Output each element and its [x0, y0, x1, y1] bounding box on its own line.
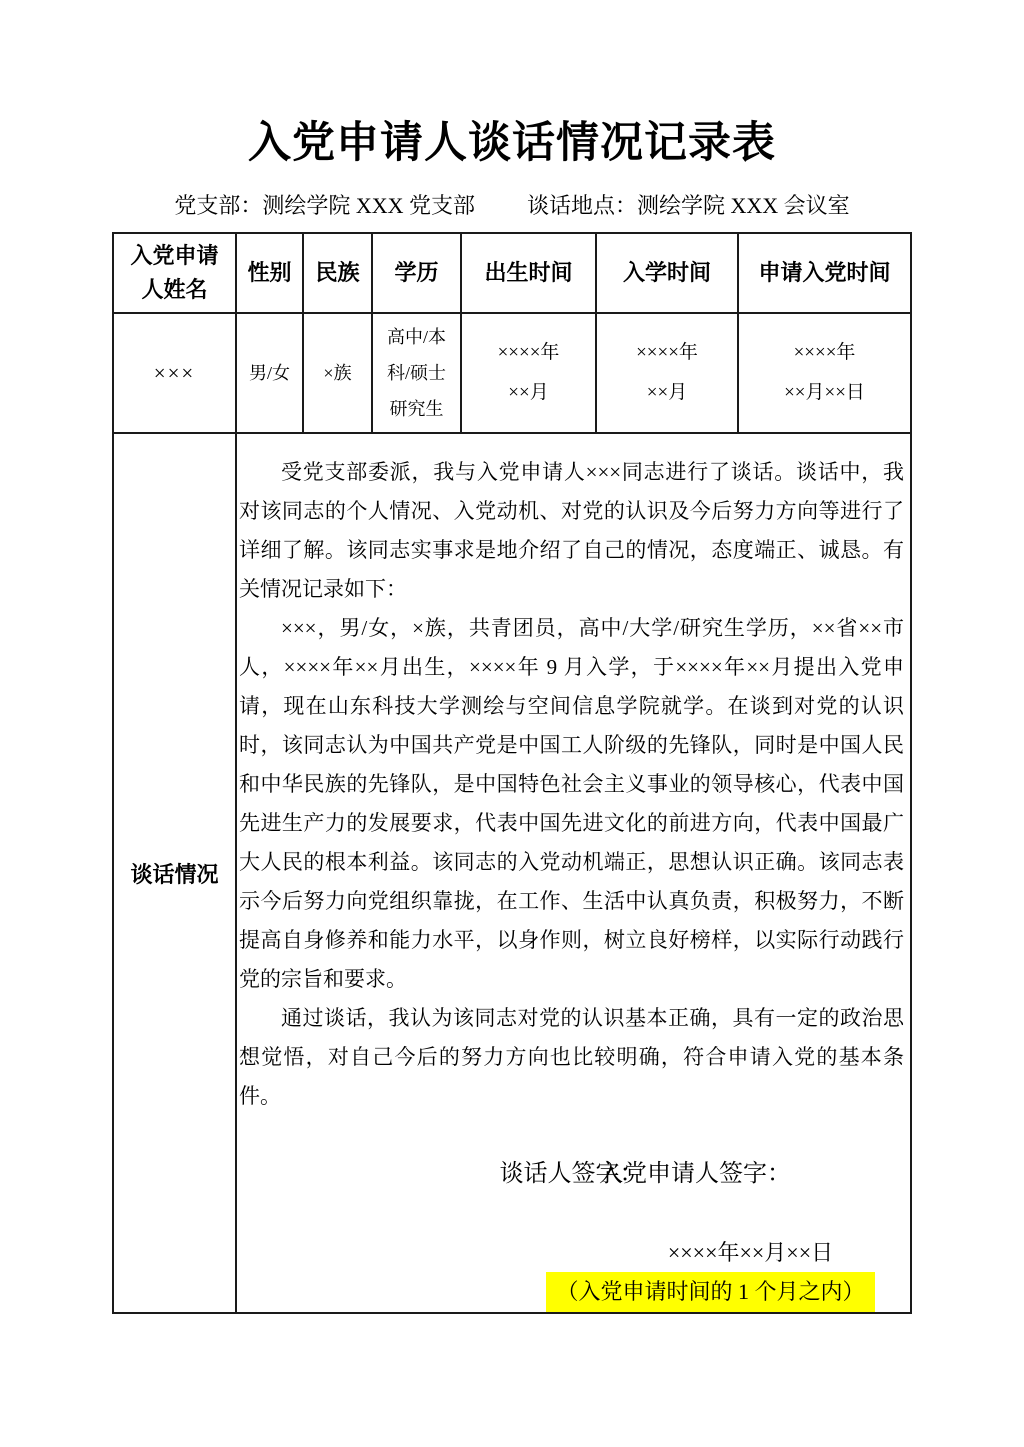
note-line: （入党申请时间的 1 个月之内） — [239, 1272, 904, 1312]
table-header-row: 入党申请 人姓名 性别 民族 学历 出生时间 入学时间 申请入党时间 — [113, 233, 911, 313]
party-branch-label: 党支部：测绘学院 XXX 党支部 — [174, 191, 475, 221]
header-applicant-name: 入党申请 人姓名 — [113, 233, 236, 313]
header-enrollment-date: 入学时间 — [596, 233, 738, 313]
talk-record-label: 谈话情况 — [113, 433, 236, 1313]
record-paragraph-1: 受党支部委派，我与入党申请人×××同志进行了谈话。谈话中，我对该同志的个人情况、… — [239, 453, 904, 609]
talk-record-cell: 受党支部委派，我与入党申请人×××同志进行了谈话。谈话中，我对该同志的个人情况、… — [236, 433, 911, 1313]
gender-value: 男/女 — [236, 313, 303, 433]
birth-date-value: ××××年 ××月 — [461, 313, 596, 433]
record-paragraph-2: ×××，男/女，×族，共青团员，高中/大学/研究生学历，××省××市人，××××… — [239, 609, 904, 999]
subtitle-line: 党支部：测绘学院 XXX 党支部 谈话地点：测绘学院 XXX 会议室 — [0, 191, 1024, 221]
header-ethnicity: 民族 — [303, 233, 372, 313]
application-date-value: ××××年 ××月××日 — [738, 313, 911, 433]
document-page: 入党申请人谈话情况记录表 党支部：测绘学院 XXX 党支部 谈话地点：测绘学院 … — [0, 0, 1024, 1447]
header-birth-date: 出生时间 — [461, 233, 596, 313]
record-form-table: 入党申请 人姓名 性别 民族 学历 出生时间 入学时间 申请入党时间 ××× 男… — [112, 232, 912, 1314]
signature-row: 谈话人签字： 入党申请人签字： — [239, 1155, 904, 1194]
applicant-name-value: ××× — [113, 313, 236, 433]
talk-location-label: 谈话地点：测绘学院 XXX 会议室 — [527, 191, 850, 221]
page-title: 入党申请人谈话情况记录表 — [0, 118, 1024, 170]
deadline-note-highlight: （入党申请时间的 1 个月之内） — [546, 1272, 874, 1312]
header-education: 学历 — [372, 233, 461, 313]
talk-record-content: 受党支部委派，我与入党申请人×××同志进行了谈话。谈话中，我对该同志的个人情况、… — [237, 434, 910, 1312]
record-paragraph-3: 通过谈话，我认为该同志对党的认识基本正确，具有一定的政治思想觉悟，对自己今后的努… — [239, 999, 904, 1116]
applicant-signature-label: 入党申请人签字： — [599, 1155, 791, 1194]
applicant-value-row: ××× 男/女 ×族 高中/本 科/硕士 研究生 ××××年 ××月 ××××年… — [113, 313, 911, 433]
header-application-date: 申请入党时间 — [738, 233, 911, 313]
ethnicity-value: ×族 — [303, 313, 372, 433]
signature-date: ××××年××月××日 — [239, 1233, 904, 1272]
education-value: 高中/本 科/硕士 研究生 — [372, 313, 461, 433]
talk-record-row: 谈话情况 受党支部委派，我与入党申请人×××同志进行了谈话。谈话中，我对该同志的… — [113, 433, 911, 1313]
header-gender: 性别 — [236, 233, 303, 313]
enrollment-date-value: ××××年 ××月 — [596, 313, 738, 433]
